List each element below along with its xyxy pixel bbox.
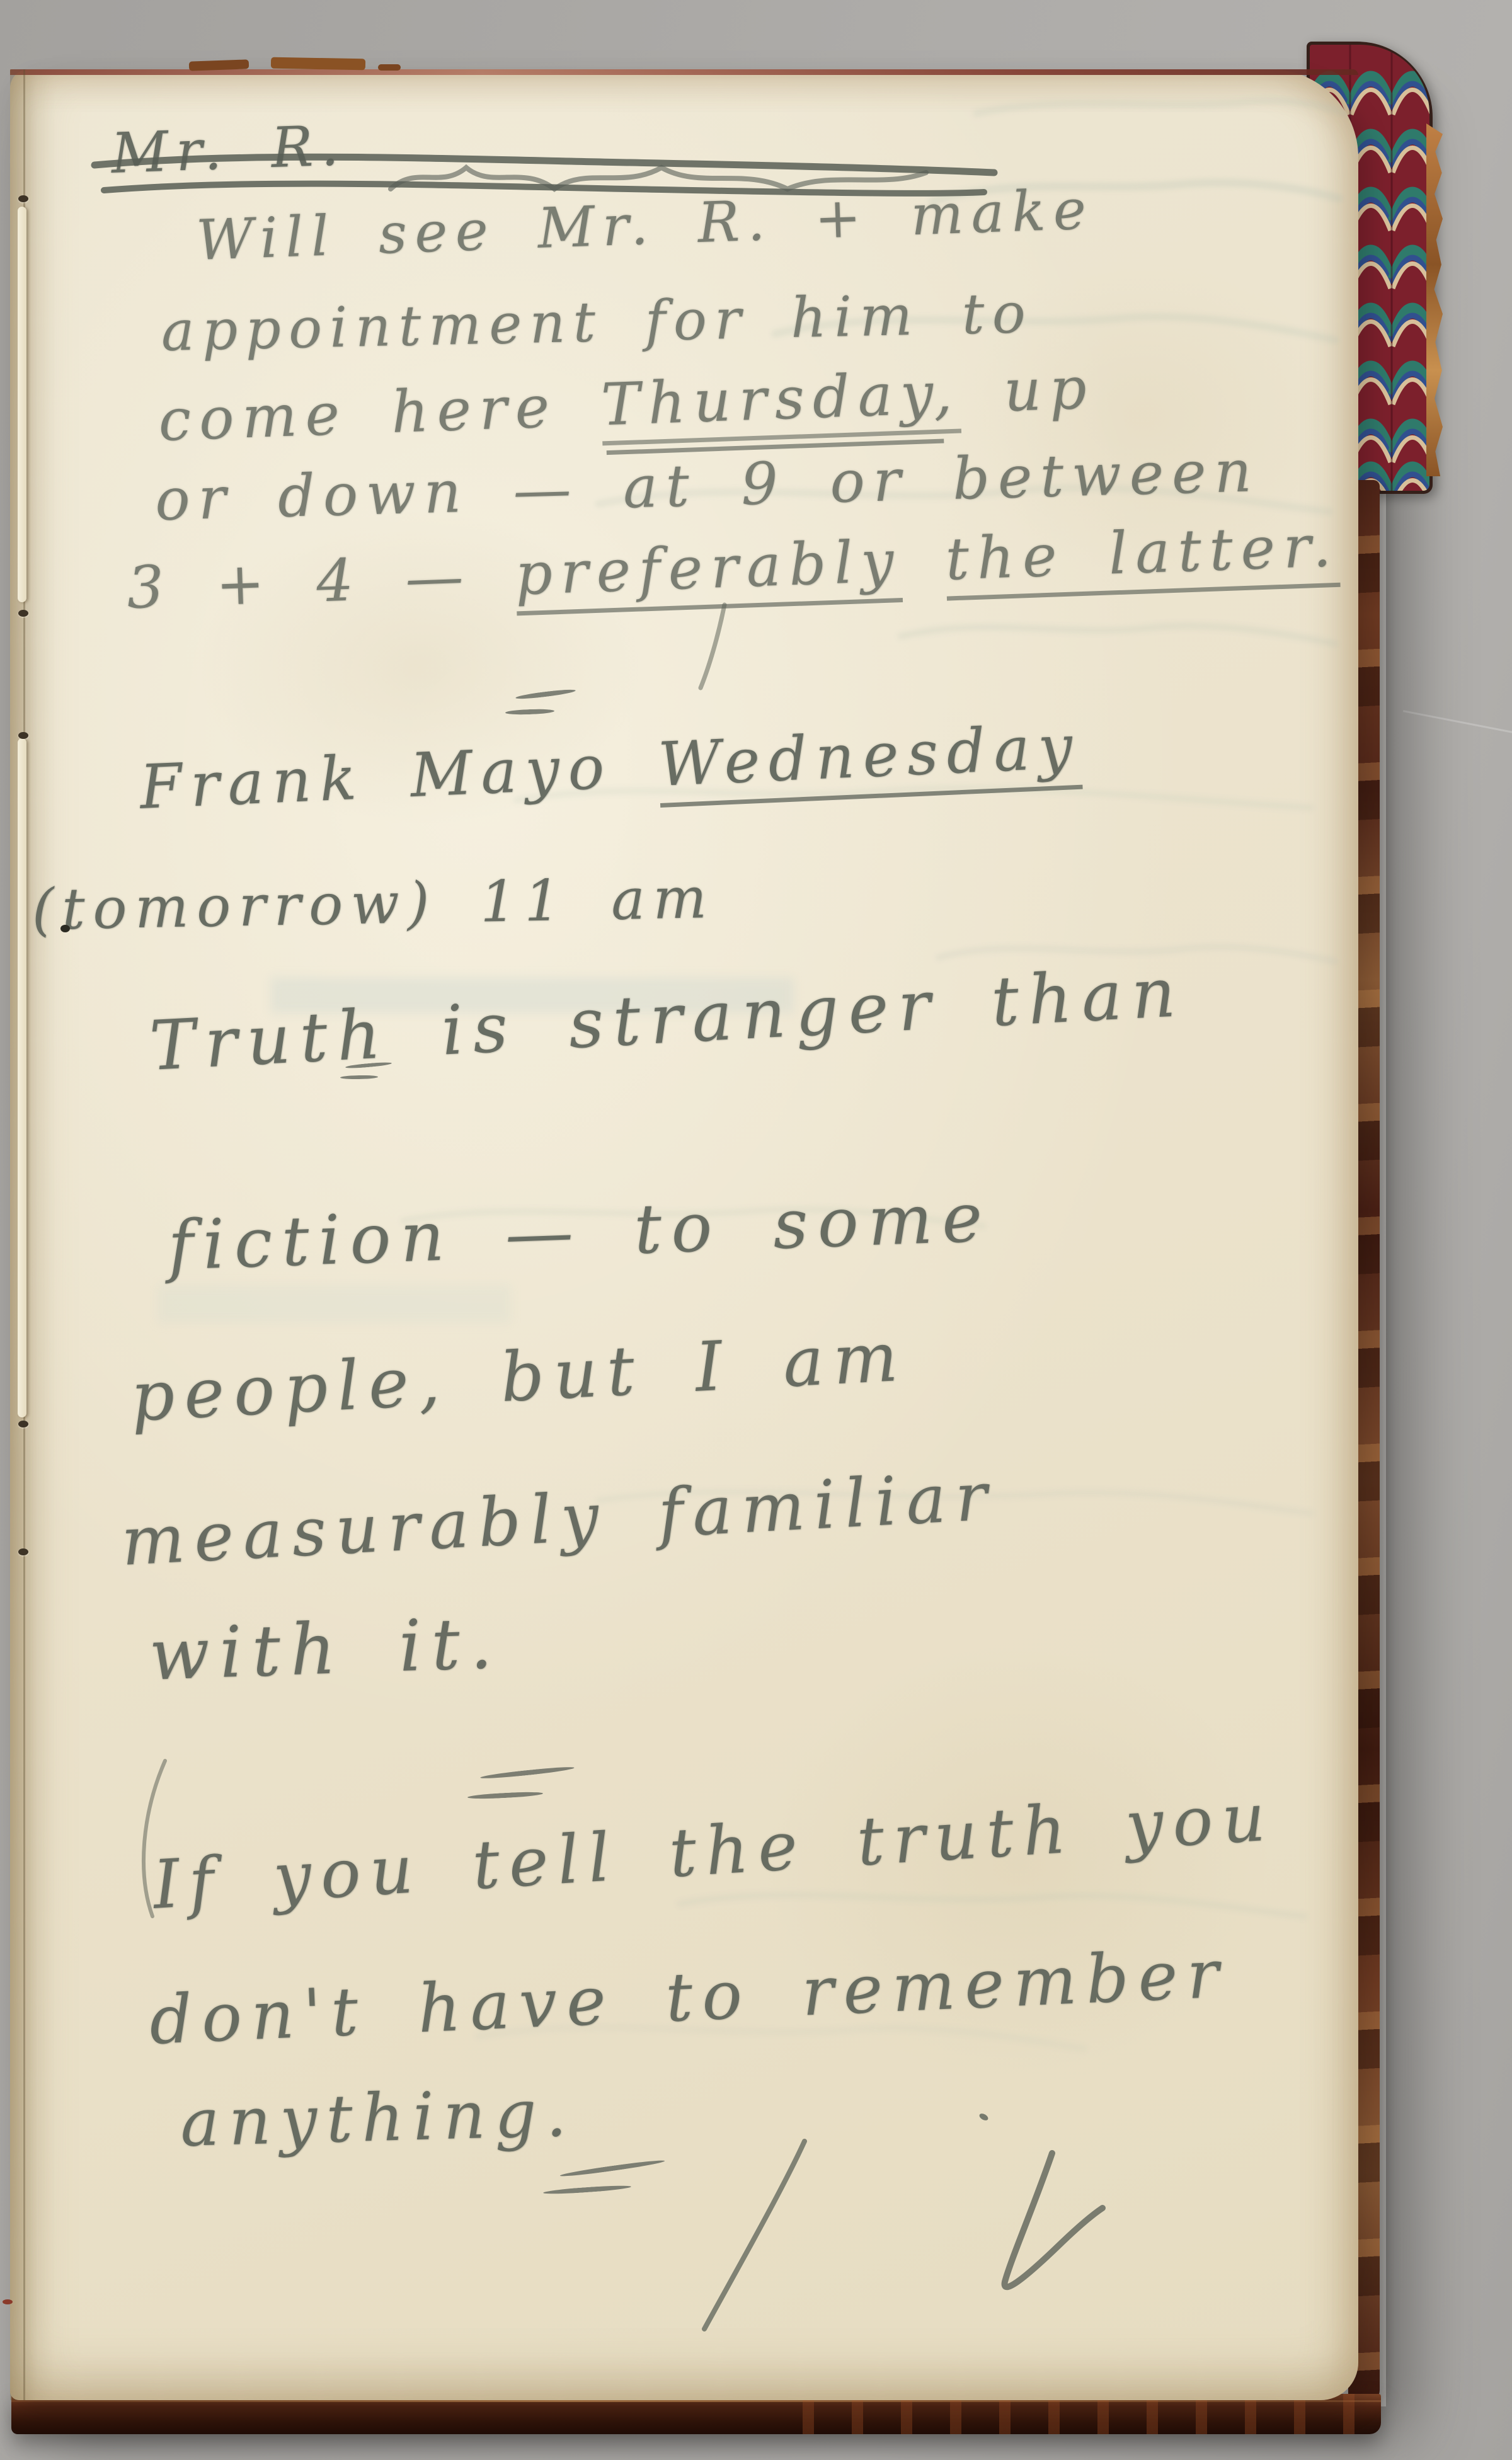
red-speck [3, 2299, 13, 2304]
pencil-marks [0, 0, 1512, 2460]
edge-debris [271, 57, 365, 71]
notebook-photo: Mr. R. Will see Mr. R. + make appointmen… [0, 0, 1512, 2460]
ink-speck [60, 925, 70, 932]
pencil-check-mark [1005, 2153, 1102, 2287]
flourish-stroke [144, 1761, 165, 1916]
strikethrough-scribble [94, 157, 994, 173]
edge-debris [378, 64, 401, 71]
descender-stroke [701, 605, 724, 688]
pencil-slash-mark [704, 2141, 805, 2329]
